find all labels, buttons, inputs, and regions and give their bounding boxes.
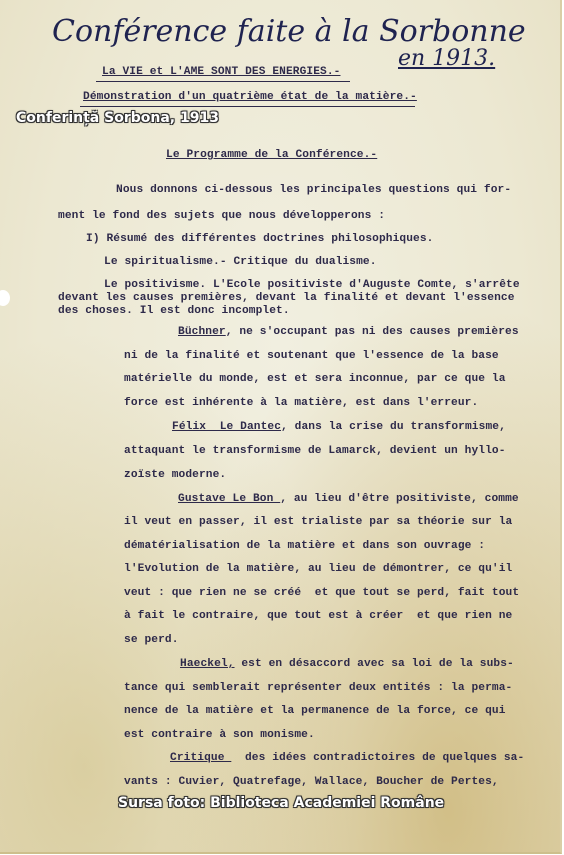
positivisme-line-2: devant les causes premières, devant la f… (58, 292, 515, 304)
critique-line-2: vants : Cuvier, Quatrefage, Wallace, Bou… (124, 776, 499, 788)
critique-line-1: des idées contradictoires de quelques sa… (231, 752, 524, 764)
positivisme-line-1: Le positivisme. L'Ecole positiviste d'Au… (104, 279, 520, 291)
punch-hole (0, 290, 10, 306)
document-page: Conférence faite à la Sorbonne en 1913. … (0, 0, 562, 854)
dantec-line-3: zoïste moderne. (124, 469, 226, 481)
section-heading: Le Programme de la Conférence.- (166, 149, 377, 161)
lebon-line-2: il veut en passer, il est trialiste par … (124, 516, 512, 528)
dantec-line-1: , dans la crise du transformisme, (281, 421, 506, 433)
buchner-line-2: ni de la finalité et soutenant que l'ess… (124, 350, 499, 362)
title-line-1: La VIE et L'AME SONT DES ENERGIES.- (102, 66, 340, 78)
buchner-line-4: force est inhérente à la matière, est da… (124, 397, 478, 409)
haeckel-line-2: tance qui semblerait représenter deux en… (124, 682, 512, 694)
intro-line-2: ment le fond des sujets que nous dévelop… (58, 210, 385, 222)
lebon-line-4: l'Evolution de la matière, au lieu de dé… (124, 563, 512, 575)
critique-name: Critique (170, 752, 231, 764)
list-item-1: I) Résumé des différentes doctrines phil… (86, 233, 434, 245)
haeckel-line-4: est contraire à son monisme. (124, 729, 315, 741)
lebon-line-1: , au lieu d'être positiviste, comme (280, 493, 518, 505)
caption-top: Conferință Sorbona, 1913 (16, 110, 219, 126)
spiritualisme-line: Le spiritualisme.- Critique du dualisme. (104, 256, 377, 268)
lebon-line-6: à fait le contraire, que tout est à crée… (124, 610, 512, 622)
handwritten-year: en 1913. (398, 46, 495, 71)
handwritten-title: Conférence faite à la Sorbonne (52, 14, 526, 49)
haeckel-name: Haeckel, (180, 658, 235, 670)
buchner-line-1: , ne s'occupant pas ni des causes premiè… (226, 326, 519, 338)
title-underline (96, 81, 350, 82)
dantec-name: Félix Le Dantec (172, 421, 281, 433)
lebon-name: Gustave Le Bon (178, 493, 280, 505)
intro-line-1: Nous donnons ci-dessous les principales … (116, 184, 511, 196)
haeckel-line-1: est en désaccord avec sa loi de la subs- (235, 658, 514, 670)
buchner-name: Büchner (178, 326, 226, 338)
title-underline-2 (80, 106, 415, 107)
haeckel-line-3: nence de la matière et la permanence de … (124, 705, 506, 717)
dantec-line-2: attaquant le transformisme de Lamarck, d… (124, 445, 506, 457)
lebon-line-5: veut : que rien ne se créé et que tout s… (124, 587, 519, 599)
lebon-line-7: se perd. (124, 634, 179, 646)
title-line-2: Démonstration d'un quatrième état de la … (83, 91, 417, 103)
lebon-line-3: dématérialisation de la matière et dans … (124, 540, 485, 552)
positivisme-line-3: des choses. Il est donc incomplet. (58, 305, 290, 317)
caption-bottom: Sursa foto: Biblioteca Academiei Române (118, 795, 444, 811)
buchner-line-3: matérielle du monde, est et sera inconnu… (124, 373, 506, 385)
